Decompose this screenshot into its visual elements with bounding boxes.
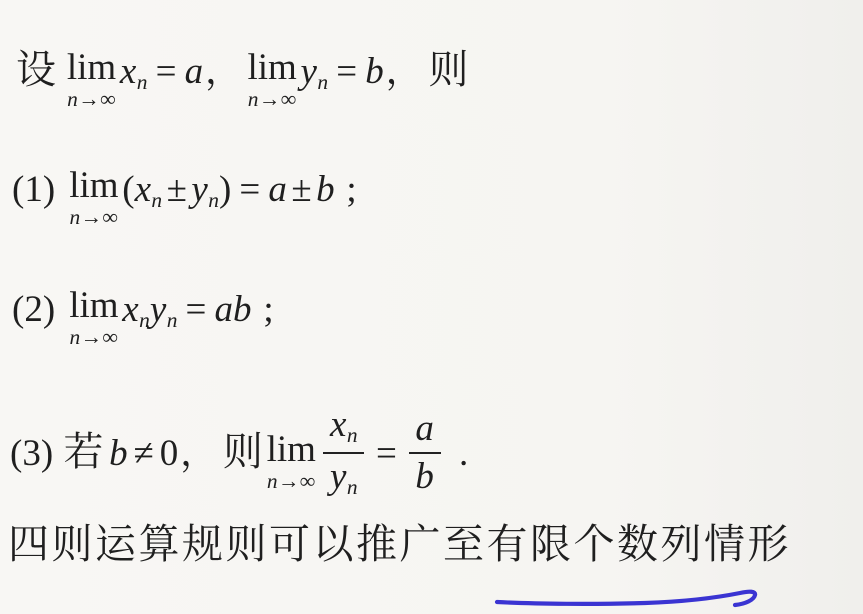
limit-subscript: n→∞ [69, 327, 118, 348]
var-y: y [150, 289, 166, 330]
var-b: b [233, 289, 252, 330]
conclusion-line: 四则运算规则可以推广至有限个数列情形 [8, 524, 791, 565]
var-x: x [135, 169, 151, 210]
rule-3-line: (3)若b≠0，则limn→∞xnyn=ab. [10, 408, 468, 503]
equals-sign: = [239, 169, 260, 210]
comma: ， [205, 51, 242, 92]
fraction-a-over-b: ab [409, 410, 441, 495]
sub-n: n [139, 308, 150, 332]
intro-lead-text: 设 [16, 47, 56, 92]
right-paren: ) [219, 169, 231, 210]
plus-minus-sign: ± [167, 169, 187, 210]
var-a: a [268, 169, 287, 210]
var-x: x [122, 289, 138, 330]
semicolon: ; [346, 169, 356, 210]
var-b: b [316, 169, 335, 210]
var-b: b [365, 51, 384, 92]
zero: 0 [160, 433, 179, 474]
var-x: x [120, 51, 136, 92]
limit-operator: limn→∞ [267, 431, 316, 492]
scanned-math-page: 设limn→∞xn=a，limn→∞yn=b，则 (1)limn→∞(xn±yn… [0, 0, 863, 614]
var-b: b [109, 433, 128, 474]
var-a: a [185, 51, 204, 92]
var-y: y [301, 51, 317, 92]
equals-sign: = [376, 433, 397, 474]
hand-drawn-underline-annotation [485, 586, 765, 614]
limit-subscript: n→∞ [67, 89, 116, 110]
limit-operator: limn→∞ [248, 49, 297, 110]
var-x: x [330, 404, 346, 445]
intro-then-text: 则 [428, 47, 468, 92]
sub-n: n [347, 475, 358, 499]
equals-sign: = [336, 51, 357, 92]
sub-n: n [137, 70, 148, 94]
equals-sign: = [156, 51, 177, 92]
fraction-numerator: a [409, 410, 441, 454]
comma: ， [386, 51, 423, 92]
period: . [459, 433, 468, 474]
limit-subscript: n→∞ [69, 207, 118, 228]
semicolon: ; [263, 289, 273, 330]
sub-n: n [347, 423, 358, 447]
var-b: b [415, 456, 434, 497]
limit-subscript: n→∞ [267, 471, 316, 492]
var-y: y [191, 169, 207, 210]
sub-n: n [167, 308, 178, 332]
rule-2-line: (2)limn→∞xnyn=ab; [12, 264, 274, 332]
limit-operator: limn→∞ [67, 49, 116, 110]
var-a: a [415, 408, 434, 449]
item-1-label: (1) [12, 169, 55, 210]
comma: ， [180, 433, 217, 474]
plus-minus-sign: ± [291, 169, 311, 210]
conclusion-text: 四则运算规则可以推广至有限个数列情形 [8, 521, 791, 567]
item-3-label: (3) [10, 433, 53, 474]
left-paren: ( [122, 169, 134, 210]
var-a: a [215, 289, 234, 330]
var-y: y [330, 456, 346, 497]
rule-1-line: (1)limn→∞(xn±yn)=a±b; [12, 144, 357, 212]
if-word: 若 [64, 429, 104, 474]
not-equal-sign: ≠ [134, 433, 154, 474]
limit-operator: limn→∞ [69, 287, 118, 348]
then-word: 则 [223, 429, 263, 474]
fraction-denominator: yn [323, 454, 364, 499]
fraction-xn-over-yn: xnyn [323, 406, 364, 499]
item-2-label: (2) [12, 289, 55, 330]
equals-sign: = [186, 289, 207, 330]
limit-subscript: n→∞ [248, 89, 297, 110]
intro-line: 设limn→∞xn=a，limn→∞yn=b，则 [16, 26, 468, 94]
fraction-numerator: xn [323, 406, 364, 454]
sub-n: n [317, 70, 328, 94]
sub-n: n [208, 188, 219, 212]
sub-n: n [151, 188, 162, 212]
limit-operator: limn→∞ [69, 167, 118, 228]
fraction-denominator: b [409, 454, 441, 495]
